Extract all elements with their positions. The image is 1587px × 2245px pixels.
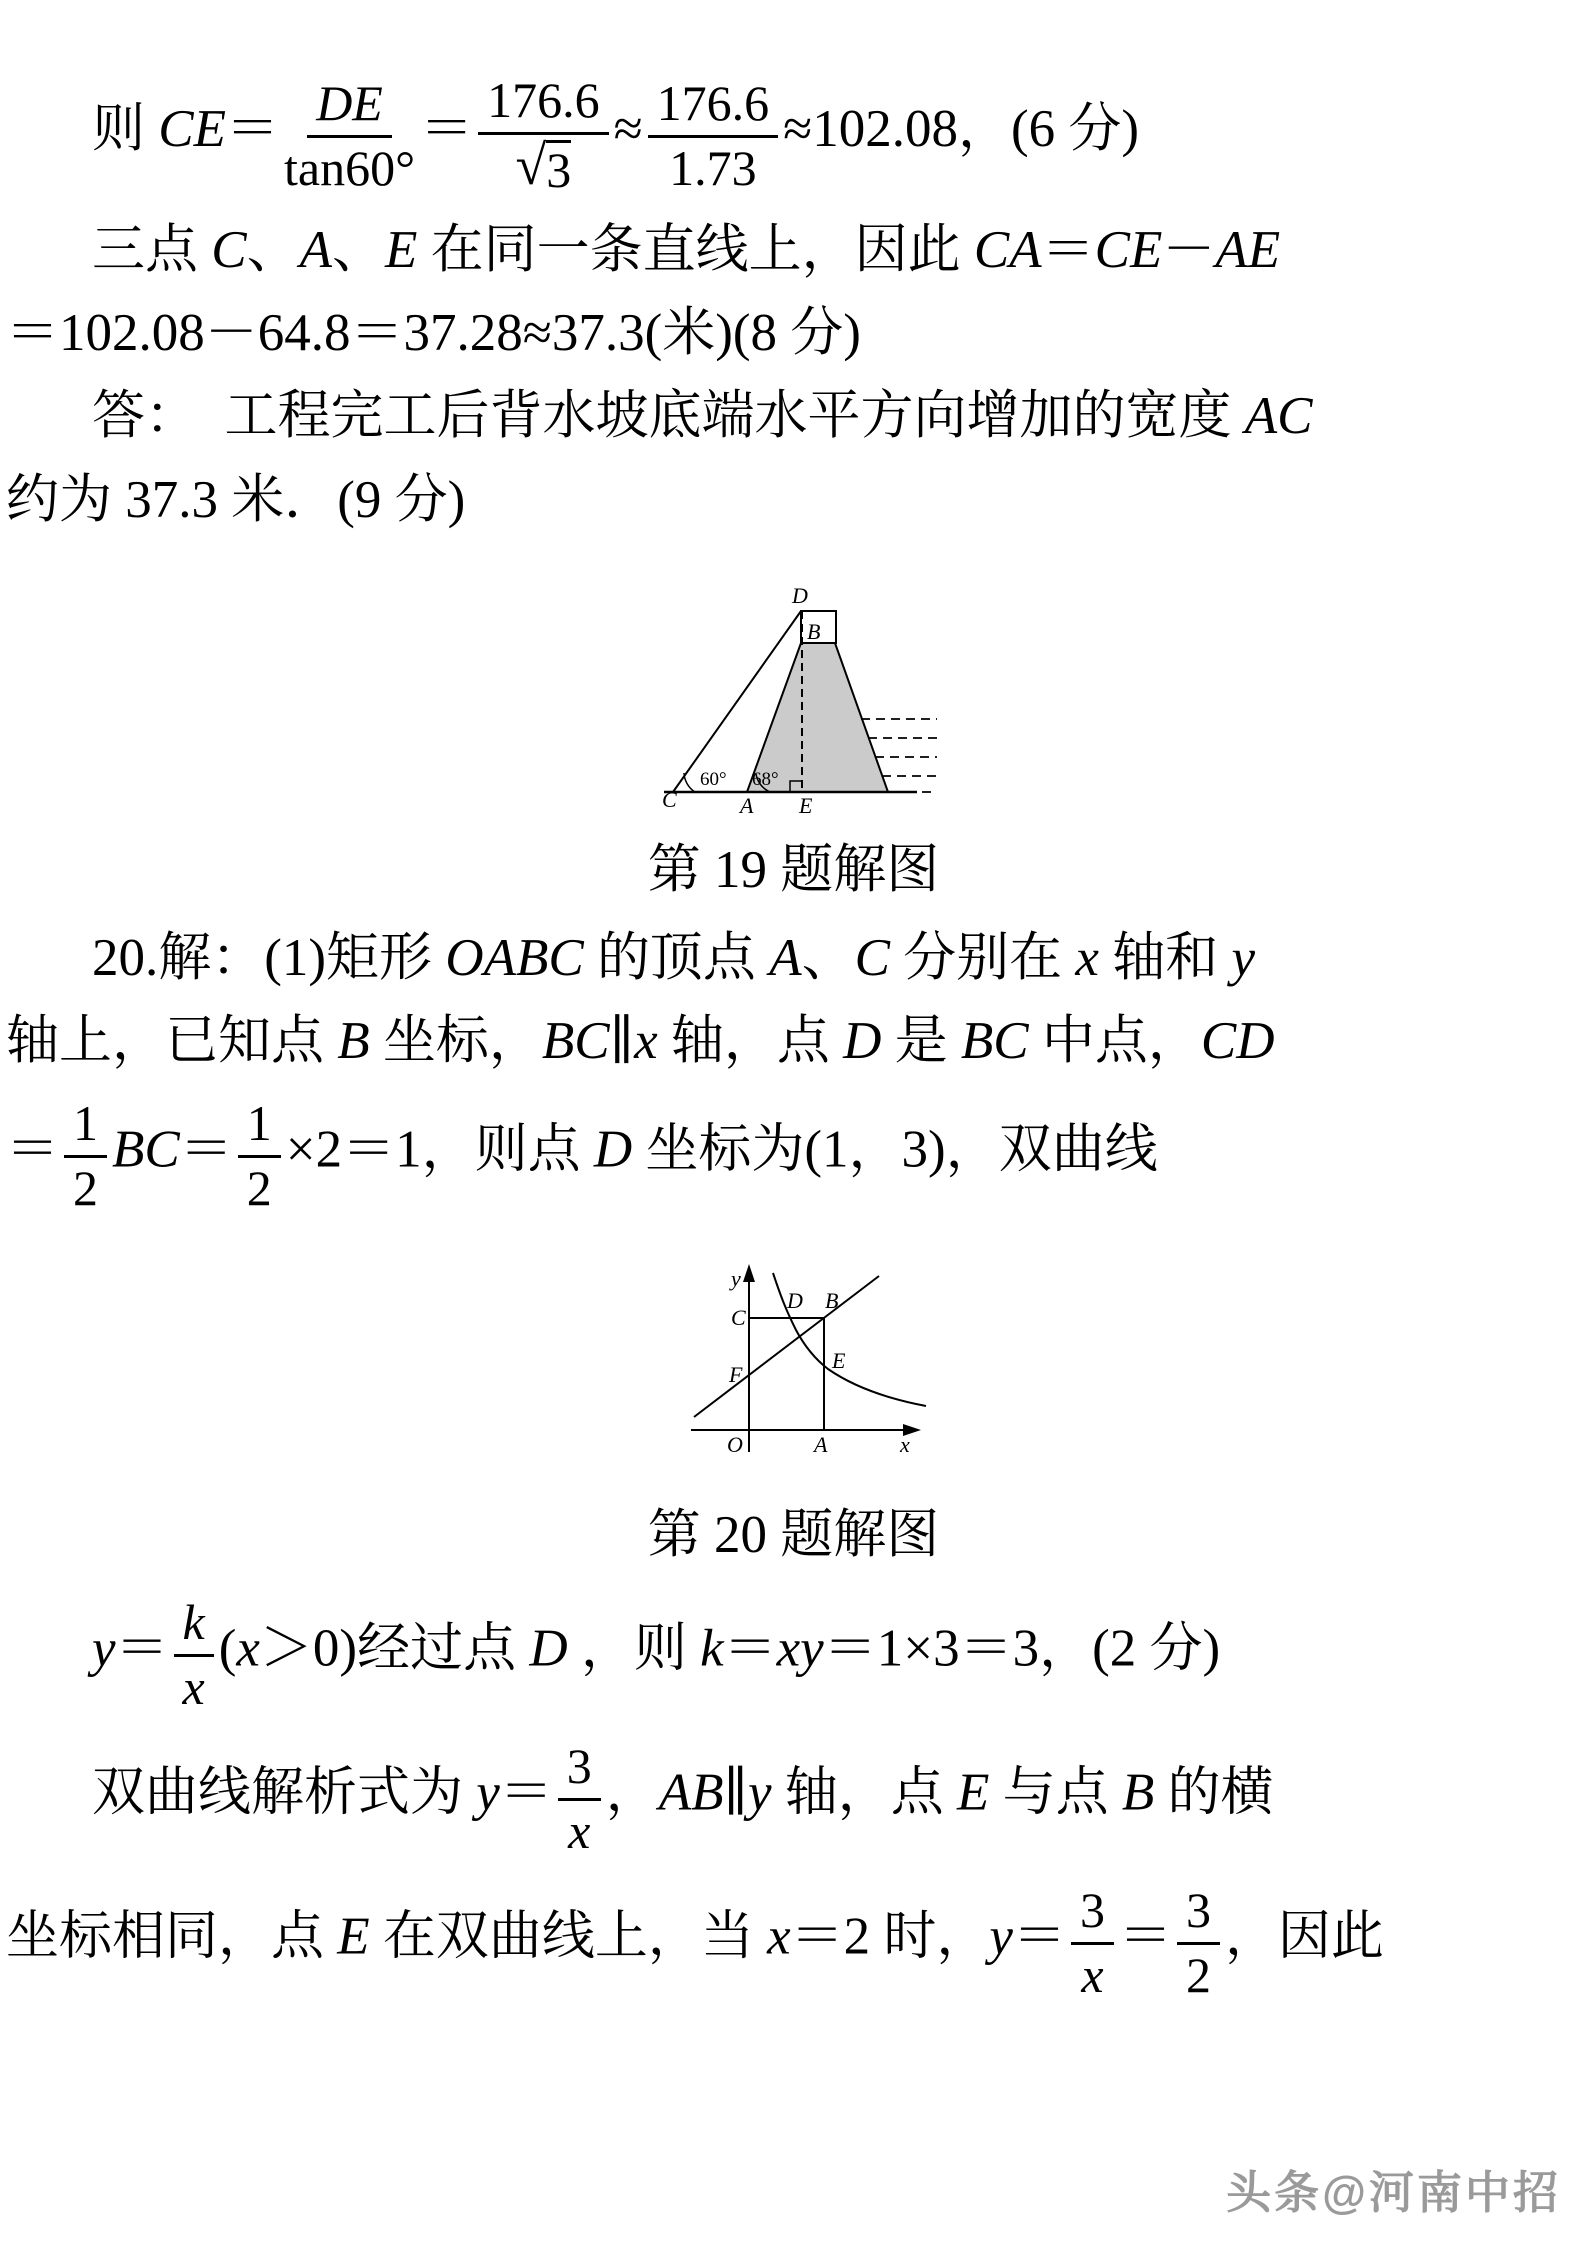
text-run: 3 (1186, 1885, 1211, 1935)
math-variable: C (855, 929, 890, 987)
text-line: y＝kx(x＞0)经过点 D ，则 k＝xy＝1×3＝3，(2 分) (6, 1595, 1581, 1712)
math-variable: DE (316, 78, 383, 128)
text-run: 中点， (1029, 1012, 1201, 1070)
text-run: 的顶点 (584, 929, 770, 987)
text-run: 176.6 (657, 78, 770, 128)
text-run: ＝ (1042, 221, 1095, 279)
point-label-C: C (662, 787, 677, 812)
text-run: － (1162, 221, 1215, 279)
math-variable: BC (542, 1012, 610, 1070)
math-variable: E (957, 1764, 989, 1822)
text-line: 则 CE＝DEtan60°＝176.6√3≈176.61.73≈102.08，(… (6, 73, 1581, 195)
text-line: 答： 工程完工后背水坡底端水平方向增加的宽度 AC (6, 388, 1581, 444)
text-run: 、 (332, 221, 385, 279)
math-variable: x (183, 1662, 205, 1712)
math-variable: x (634, 1012, 658, 1070)
text-run: 、 (802, 929, 855, 987)
text-run: ( (219, 1620, 237, 1678)
math-variable: AC (1245, 387, 1313, 445)
text-run: ＝ (500, 1764, 553, 1822)
math-variable: x (1075, 929, 1099, 987)
text-run: 坐标， (370, 1012, 542, 1070)
point-label-F: F (728, 1362, 743, 1387)
text-run: 2 (1186, 1950, 1211, 2000)
text-run: 坐标为(1，3)，双曲线 (632, 1121, 1158, 1179)
text-run: 2 (247, 1163, 272, 1213)
point-label-E: E (831, 1348, 846, 1373)
text-run: 在双曲线上，当 (370, 1908, 768, 1966)
math-variable: AB (659, 1764, 724, 1822)
point-label-D: D (786, 1288, 803, 1313)
text-run: 3 (1080, 1885, 1105, 1935)
math-variable: CE (1095, 221, 1163, 279)
text-run: 轴上，已知点 (6, 1012, 337, 1070)
triangle-diagram-svg: D B C A E 60° 68° (644, 555, 944, 815)
text-run: 轴，点 (772, 1764, 958, 1822)
text-run: ＝ (6, 1121, 59, 1179)
math-variable: y (1231, 929, 1255, 987)
text-run: ≈ (614, 100, 643, 158)
math-variable: x (1081, 1950, 1103, 2000)
text-line: 轴上，已知点 B 坐标，BC∥x 轴，点 D 是 BC 中点，CD (6, 1013, 1581, 1069)
text-run: ，则 (568, 1620, 701, 1678)
math-variable: AE (1215, 221, 1280, 279)
math-variable: CA (974, 221, 1042, 279)
math-variable: B (1122, 1764, 1154, 1822)
text-run: 、 (247, 221, 300, 279)
text-line: 三点 C、A、E 在同一条直线上，因此 CA＝CE－AE (6, 222, 1581, 278)
point-label-D: D (791, 583, 808, 608)
math-variable: y (92, 1620, 116, 1678)
point-label-C: C (731, 1305, 746, 1330)
text-run: ∥ (610, 1012, 634, 1070)
text-run: 在同一条直线上，因此 (417, 221, 974, 279)
math-variable: BC (961, 1012, 1029, 1070)
math-variable: A (300, 221, 332, 279)
math-variable: OABC (445, 929, 583, 987)
text-run: ，因此 (1225, 1908, 1384, 1966)
document-page: 则 CE＝DEtan60°＝176.6√3≈176.61.73≈102.08，(… (0, 0, 1587, 2245)
text-run: 是 (881, 1012, 961, 1070)
text-run: 176.6 (487, 75, 600, 125)
text-run: 轴，点 (658, 1012, 844, 1070)
fraction: 176.61.73 (648, 76, 779, 193)
text-run: ＝ (1013, 1908, 1066, 1966)
solution-text-flow: 则 CE＝DEtan60°＝176.6√3≈176.61.73≈102.08，(… (0, 0, 1587, 2000)
math-variable: C (211, 221, 246, 279)
text-run: ＝ (420, 100, 473, 158)
point-label-A: A (738, 793, 754, 815)
text-run: ＝1×3＝3，(2 分) (824, 1620, 1220, 1678)
text-run: ∥ (724, 1764, 748, 1822)
text-run: ＝ (180, 1121, 233, 1179)
y-axis-arrow (743, 1264, 755, 1282)
text-line: ＝12BC＝12×2＝1，则点 D 坐标为(1，3)，双曲线 (6, 1096, 1581, 1213)
math-variable: CD (1201, 1012, 1275, 1070)
text-run: 答： 工程完工后背水坡底端水平方向增加的宽度 (92, 387, 1245, 445)
text-run: 三点 (92, 221, 211, 279)
text-run: ＝102.08－64.8＝37.28≈37.3(米)(8 分) (6, 304, 861, 362)
text-run: 1 (73, 1098, 98, 1148)
angle-arc-C (684, 773, 695, 792)
text-run: tan60° (284, 143, 415, 193)
text-line: 约为 37.3 米．(9 分) (6, 472, 1581, 528)
fraction: 12 (238, 1096, 281, 1213)
text-run: 双曲线解析式为 (92, 1764, 476, 1822)
math-variable: D (529, 1620, 567, 1678)
math-variable: k (700, 1620, 724, 1678)
math-variable: E (385, 221, 417, 279)
math-variable: BC (112, 1121, 180, 1179)
point-label-E: E (798, 793, 813, 815)
coordinate-diagram-svg: y x O C D B F E A (634, 1240, 954, 1480)
math-variable: A (769, 929, 801, 987)
text-run: 则 (92, 100, 158, 158)
math-variable: x (568, 1806, 590, 1856)
figure-19-caption: 第 19 题解图 (6, 827, 1581, 903)
point-label-B: B (825, 1288, 838, 1313)
figure-20-coordinate-diagram: y x O C D B F E A 第 20 题解图 (6, 1240, 1581, 1568)
text-run: 3 (567, 1741, 592, 1791)
fraction: 12 (64, 1096, 107, 1213)
axis-label-y: y (729, 1266, 741, 1291)
math-variable: D (843, 1012, 881, 1070)
text-run: 的横 (1154, 1764, 1273, 1822)
text-run: ＝ (116, 1620, 169, 1678)
text-line: 20.解：(1)矩形 OABC 的顶点 A、C 分别在 x 轴和 y (6, 930, 1581, 986)
math-variable: y (748, 1764, 772, 1822)
text-run: ×2＝1，则点 (286, 1121, 594, 1179)
math-variable: x (236, 1620, 260, 1678)
math-variable: y (989, 1908, 1013, 1966)
text-run: ≈102.08，(6 分) (783, 100, 1139, 158)
fraction: kx (174, 1595, 214, 1712)
angle-label-68: 68° (752, 769, 779, 790)
text-run: 1.73 (669, 143, 757, 193)
square-root: √3 (515, 140, 571, 195)
figure-20-caption: 第 20 题解图 (6, 1492, 1581, 1568)
fraction: 176.6√3 (478, 73, 609, 195)
text-line: 坐标相同，点 E 在双曲线上，当 x＝2 时，y＝3x＝32，因此 (6, 1883, 1581, 2000)
fraction: 3x (558, 1739, 601, 1856)
math-variable: D (594, 1121, 632, 1179)
math-variable: xy (777, 1620, 824, 1678)
fraction: DEtan60° (284, 76, 415, 193)
math-variable: k (183, 1597, 205, 1647)
point-label-A: A (812, 1432, 828, 1457)
math-variable: E (337, 1908, 369, 1966)
text-run: 20.解：(1)矩形 (92, 929, 445, 987)
math-variable: x (767, 1908, 791, 1966)
text-run: ＝2 时， (791, 1908, 990, 1966)
text-run: 分别在 (890, 929, 1076, 987)
text-run: ＝ (724, 1620, 777, 1678)
text-run: ＝ (1119, 1908, 1172, 1966)
point-label-B: B (807, 619, 820, 644)
fraction: 32 (1177, 1883, 1220, 2000)
math-variable: CE (158, 100, 226, 158)
text-run: ， (606, 1764, 659, 1822)
watermark: 头条@河南中招 (1226, 2156, 1561, 2221)
text-run: ＞0)经过点 (260, 1620, 529, 1678)
math-variable: y (476, 1764, 500, 1822)
figure-19-triangle-diagram: D B C A E 60° 68° 第 19 题解图 (6, 555, 1581, 903)
fraction: 3x (1071, 1883, 1114, 2000)
text-run: ＝ (226, 100, 279, 158)
origin-label-O: O (727, 1432, 743, 1457)
text-run: 轴和 (1099, 929, 1232, 987)
text-run: 与点 (989, 1764, 1122, 1822)
text-run: 2 (73, 1163, 98, 1213)
axis-label-x: x (899, 1432, 910, 1457)
text-run: 坐标相同，点 (6, 1908, 337, 1966)
math-variable: B (337, 1012, 369, 1070)
text-line: ＝102.08－64.8＝37.28≈37.3(米)(8 分) (6, 305, 1581, 361)
text-run: 1 (247, 1098, 272, 1148)
angle-label-60: 60° (700, 769, 727, 790)
text-run: 约为 37.3 米．(9 分) (6, 471, 465, 529)
text-line: 双曲线解析式为 y＝3x，AB∥y 轴，点 E 与点 B 的横 (6, 1739, 1581, 1856)
